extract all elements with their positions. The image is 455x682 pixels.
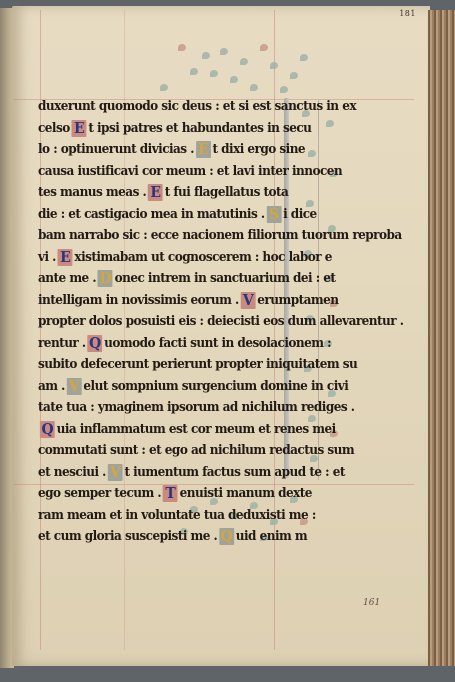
- text-segment: ante me .: [38, 271, 96, 286]
- text-line: ego semper tecum .Tenuisti manum dexte: [38, 483, 269, 505]
- text-block: duxerunt quomodo sic deus : et si est sa…: [38, 96, 286, 548]
- text-line: Quia inflammatum est cor meum et renes m…: [38, 419, 269, 441]
- text-segment: elut sompnium surgencium domine in civi: [83, 379, 348, 394]
- text-segment: et nesciui .: [38, 465, 106, 480]
- initial-letter: V: [108, 464, 123, 481]
- initial-letter: T: [163, 485, 178, 502]
- text-line: subito defecerunt perierunt propter iniq…: [38, 354, 269, 376]
- text-segment: intelligam in novissimis eorum .: [38, 293, 239, 308]
- initial-letter: D: [98, 270, 113, 287]
- initial-letter: E: [58, 249, 73, 266]
- text-segment: uomodo facti sunt in desolacionem :: [104, 336, 331, 351]
- text-segment: propter dolos posuisti eis : deiecisti e…: [38, 314, 403, 329]
- text-line: die : et castigacio mea in matutinis .Si…: [38, 204, 269, 226]
- text-segment: t ipsi patres et habundantes in secu: [88, 121, 311, 136]
- text-segment: bam narrabo sic : ecce nacionem filiorum…: [38, 228, 402, 243]
- initial-letter: E: [148, 184, 163, 201]
- initial-letter: E: [196, 141, 211, 158]
- text-segment: onec intrem in sanctuarium dei : et: [115, 271, 336, 286]
- text-line: intelligam in novissimis eorum .Verumpta…: [38, 290, 269, 312]
- text-line: propter dolos posuisti eis : deiecisti e…: [38, 311, 269, 333]
- initial-letter: V: [241, 292, 256, 309]
- initial-letter: Q: [40, 421, 55, 438]
- text-segment: duxerunt quomodo sic deus : et si est sa…: [38, 99, 356, 114]
- text-line: bam narrabo sic : ecce nacionem filiorum…: [38, 225, 269, 247]
- text-segment: vi .: [38, 250, 56, 265]
- initial-letter: V: [67, 378, 82, 395]
- text-segment: tate tua : ymaginem ipsorum ad nichilum …: [38, 400, 354, 415]
- text-line: celsoEt ipsi patres et habundantes in se…: [38, 118, 269, 140]
- text-segment: t iumentum factus sum apud te : et: [124, 465, 344, 480]
- fore-edge-pages: [428, 10, 455, 666]
- text-segment: causa iustificavi cor meum : et lavi int…: [38, 164, 342, 179]
- text-line: et cum gloria suscepisti me .Quid enim m: [38, 526, 269, 548]
- text-line: tate tua : ymaginem ipsorum ad nichilum …: [38, 397, 269, 419]
- text-segment: rentur .: [38, 336, 86, 351]
- text-segment: celso: [38, 121, 70, 136]
- initial-letter: Q: [87, 335, 102, 352]
- text-segment: subito defecerunt perierunt propter iniq…: [38, 357, 357, 372]
- initial-letter: S: [266, 206, 281, 223]
- text-line: causa iustificavi cor meum : et lavi int…: [38, 161, 269, 183]
- text-line: tes manus meas .Et fui flagellatus tota: [38, 182, 269, 204]
- pencil-foliation: 161: [363, 598, 380, 608]
- text-segment: ram meam et in voluntate tua deduxisti m…: [38, 508, 316, 523]
- folio-number: 181: [399, 9, 416, 18]
- text-line: vi .Existimabam ut cognoscerem : hoc lab…: [38, 247, 269, 269]
- initial-letter: E: [72, 120, 87, 137]
- initial-letter: Q: [219, 528, 234, 545]
- text-line: ram meam et in voluntate tua deduxisti m…: [38, 505, 269, 527]
- text-line: commutati sunt : et ego ad nichilum reda…: [38, 440, 269, 462]
- text-segment: t fui flagellatus tota: [165, 185, 289, 200]
- text-segment: uia inflammatum est cor meum et renes me…: [57, 422, 336, 437]
- text-segment: i dice: [283, 207, 317, 222]
- text-segment: enuisti manum dexte: [180, 486, 312, 501]
- text-segment: t dixi ergo sine: [212, 142, 305, 157]
- manuscript-photo: 181 161: [0, 0, 455, 672]
- text-line: et nesciui .Vt iumentum factus sum apud …: [38, 462, 269, 484]
- text-segment: erumptamen: [257, 293, 338, 308]
- text-line: rentur .Quomodo facti sunt in desolacion…: [38, 333, 269, 355]
- text-segment: lo : optinuerunt divicias .: [38, 142, 194, 157]
- text-segment: commutati sunt : et ego ad nichilum reda…: [38, 443, 354, 458]
- text-line: duxerunt quomodo sic deus : et si est sa…: [38, 96, 269, 118]
- text-line: ante me .Donec intrem in sanctuarium dei…: [38, 268, 269, 290]
- text-segment: uid enim m: [236, 529, 307, 544]
- text-segment: et cum gloria suscepisti me .: [38, 529, 217, 544]
- text-segment: am .: [38, 379, 65, 394]
- text-segment: xistimabam ut cognoscerem : hoc labor e: [74, 250, 331, 265]
- text-segment: die : et castigacio mea in matutinis .: [38, 207, 265, 222]
- text-segment: ego semper tecum .: [38, 486, 161, 501]
- border-foliage-top: [150, 40, 320, 100]
- text-line: lo : optinuerunt divicias .Et dixi ergo …: [38, 139, 269, 161]
- text-line: am .Velut sompnium surgencium domine in …: [38, 376, 269, 398]
- text-segment: tes manus meas .: [38, 185, 146, 200]
